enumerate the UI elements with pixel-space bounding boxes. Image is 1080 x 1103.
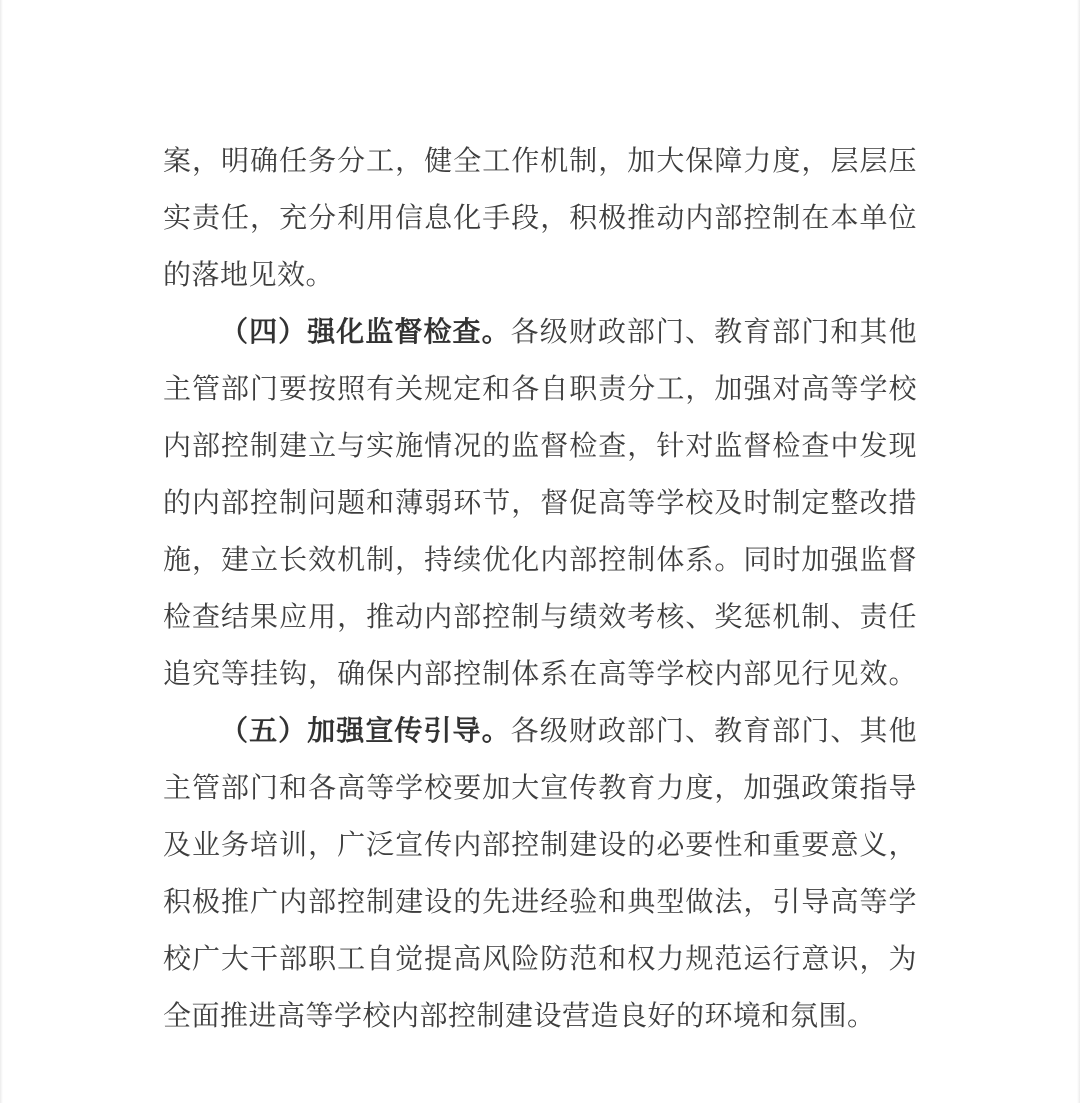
paragraph-section-4: （四）强化监督检查。各级财政部门、教育部门和其他 主管部门要按照有关规定和各自职…	[163, 304, 917, 703]
text-line: 检查结果应用，推动内部控制与绩效考核、奖惩机制、责任	[163, 589, 917, 646]
text-line: 及业务培训，广泛宣传内部控制建设的必要性和重要意义，	[163, 817, 917, 874]
section-4-heading: （四）强化监督检查。	[220, 317, 511, 348]
text-line: 的内部控制问题和薄弱环节，督促高等学校及时制定整改措	[163, 475, 917, 532]
text-line: 内部控制建立与实施情况的监督检查，针对监督检查中发现	[163, 418, 917, 475]
paragraph-section-5: （五）加强宣传引导。各级财政部门、教育部门、其他 主管部门和各高等学校要加大宣传…	[163, 703, 917, 1045]
section-5-heading: （五）加强宣传引导。	[220, 716, 511, 747]
document-page: 案，明确任务分工，健全工作机制，加大保障力度，层层压 实责任，充分利用信息化手段…	[0, 0, 1080, 1045]
text-line: 全面推进高等学校内部控制建设营造良好的环境和氛围。	[163, 988, 917, 1045]
text-line-with-heading: （五）加强宣传引导。各级财政部门、教育部门、其他	[163, 703, 917, 760]
text-run: 各级财政部门、教育部门、其他	[511, 716, 917, 747]
text-line: 主管部门要按照有关规定和各自职责分工，加强对高等学校	[163, 361, 917, 418]
text-line: 追究等挂钩，确保内部控制体系在高等学校内部见行见效。	[163, 646, 917, 703]
text-line: 主管部门和各高等学校要加大宣传教育力度，加强政策指导	[163, 760, 917, 817]
text-run: 各级财政部门、教育部门和其他	[511, 317, 917, 348]
text-line: 案，明确任务分工，健全工作机制，加大保障力度，层层压	[163, 133, 917, 190]
text-line: 积极推广内部控制建设的先进经验和典型做法，引导高等学	[163, 874, 917, 931]
text-line: 校广大干部职工自觉提高风险防范和权力规范运行意识，为	[163, 931, 917, 988]
text-line: 的落地见效。	[163, 247, 917, 304]
text-line-with-heading: （四）强化监督检查。各级财政部门、教育部门和其他	[163, 304, 917, 361]
text-line: 施，建立长效机制，持续优化内部控制体系。同时加强监督	[163, 532, 917, 589]
paragraph-continuation: 案，明确任务分工，健全工作机制，加大保障力度，层层压 实责任，充分利用信息化手段…	[163, 133, 917, 304]
text-line: 实责任，充分利用信息化手段，积极推动内部控制在本单位	[163, 190, 917, 247]
